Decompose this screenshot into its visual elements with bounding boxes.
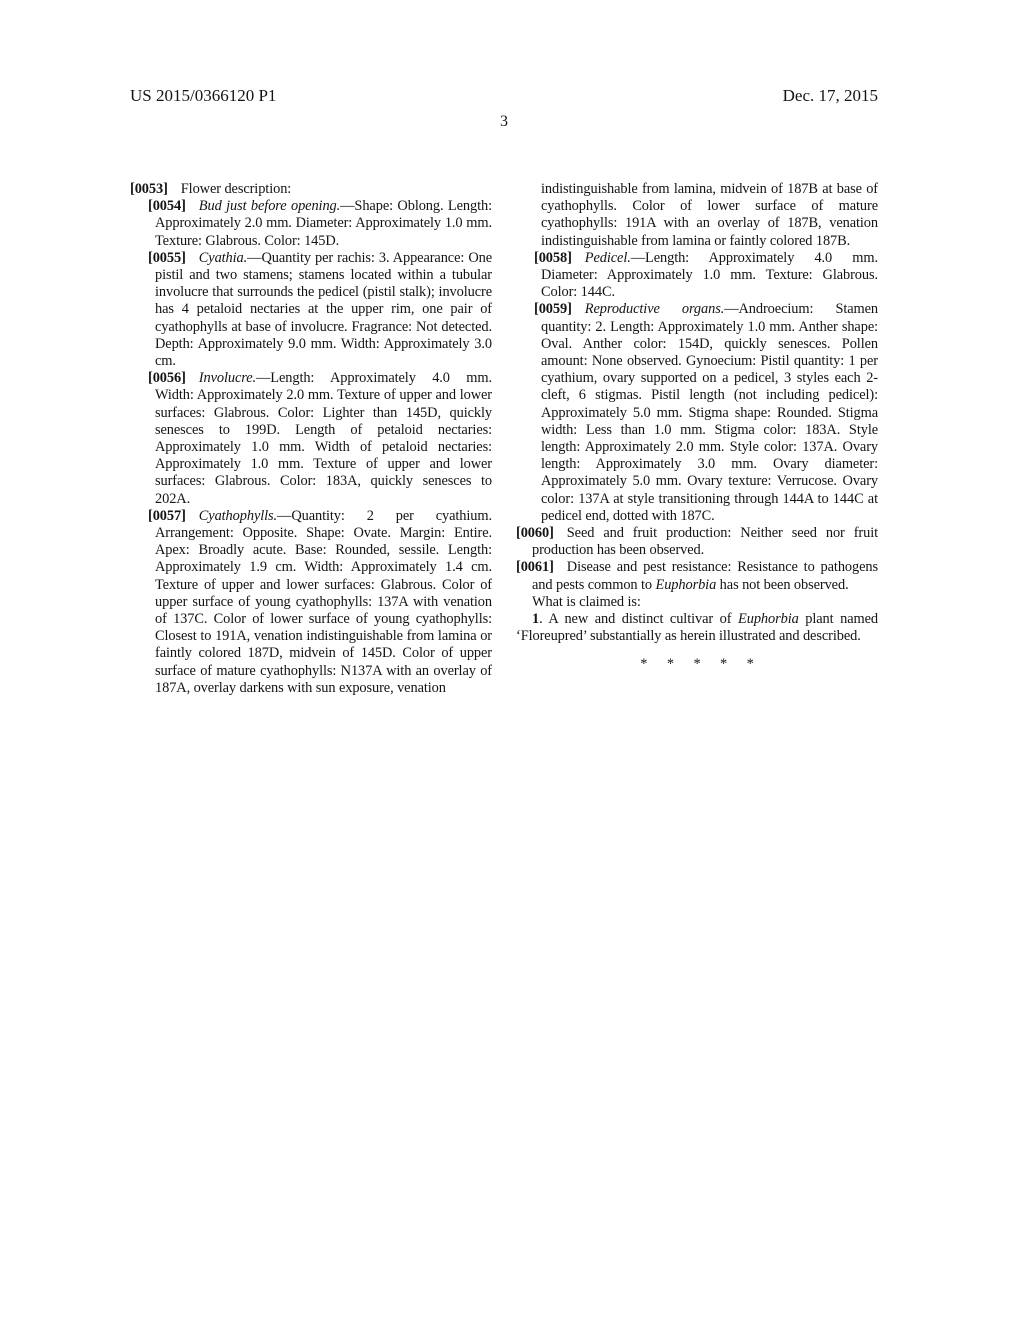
paragraph-number: [0055] [148,250,199,266]
text-segment: —Length: Approximately 4.0 mm. Width: Ap… [155,370,492,506]
paragraph-0060: [0060]Seed and fruit production: Neither… [516,525,878,559]
paragraph-number: [0059] [534,301,585,317]
paragraph-number: [0060] [516,525,567,541]
text-segment: What is claimed is: [532,594,641,610]
claim-1: 1. A new and distinct cultivar of Euphor… [516,611,878,645]
text-segment: has not been observed. [716,577,848,593]
page-number: 3 [130,112,878,131]
publication-date: Dec. 17, 2015 [783,86,878,106]
text-segment: Reproductive organs. [585,301,724,317]
paragraph-0061: [0061]Disease and pest resistance: Resis… [516,559,878,593]
text-segment: indistinguishable from lamina, midvein o… [541,181,878,249]
text-segment: Involucre. [199,370,256,386]
paragraph-number: [0054] [148,198,199,214]
paragraph-0057-continued: indistinguishable from lamina, midvein o… [516,181,878,250]
text-segment: Cyathophylls. [199,508,277,524]
left-column: [0053]Flower description:[0054]Bud just … [130,181,492,697]
text-segment: —Androecium: Stamen quantity: 2. Length:… [541,301,878,523]
paragraph-number: [0057] [148,508,199,524]
text-segment: —Quantity per rachis: 3. Appearance: One… [155,250,492,369]
document-number: US 2015/0366120 P1 [130,86,276,106]
text-segment: Seed and fruit production: Neither seed … [532,525,878,558]
paragraph-0059: [0059]Reproductive organs.—Androecium: S… [516,301,878,525]
page-header: US 2015/0366120 P1 Dec. 17, 2015 [130,86,878,106]
text-segment: Pedicel. [585,250,631,266]
paragraph-0057: [0057]Cyathophylls.—Quantity: 2 per cyat… [130,508,492,697]
patent-document-page: US 2015/0366120 P1 Dec. 17, 2015 3 [0053… [0,0,1024,1320]
paragraph-number: [0053] [130,181,181,197]
paragraph-number: [0058] [534,250,585,266]
asterisk-separator: * * * * * [516,656,878,673]
paragraph-0058: [0058]Pedicel.—Length: Approximately 4.0… [516,250,878,302]
text-segment: Euphorbia [738,611,799,627]
text-segment: Flower description: [181,181,291,197]
text-segment: Cyathia. [199,250,247,266]
body-text: [0053]Flower description:[0054]Bud just … [130,181,878,697]
right-column: indistinguishable from lamina, midvein o… [516,181,878,697]
paragraph-number: [0061] [516,559,567,575]
text-segment: —Quantity: 2 per cyathium. Arrangement: … [155,508,492,696]
text-segment: Bud just before opening. [199,198,340,214]
paragraph-0055: [0055]Cyathia.—Quantity per rachis: 3. A… [130,250,492,370]
text-segment: * * * * * [640,656,753,672]
text-segment: Euphorbia [656,577,717,593]
paragraph-0053: [0053]Flower description: [130,181,492,198]
claims-preamble: What is claimed is: [516,594,878,611]
text-segment: . A new and distinct cultivar of [539,611,738,627]
paragraph-0056: [0056]Involucre.—Length: Approximately 4… [130,370,492,508]
paragraph-0054: [0054]Bud just before opening.—Shape: Ob… [130,198,492,250]
paragraph-number: [0056] [148,370,199,386]
